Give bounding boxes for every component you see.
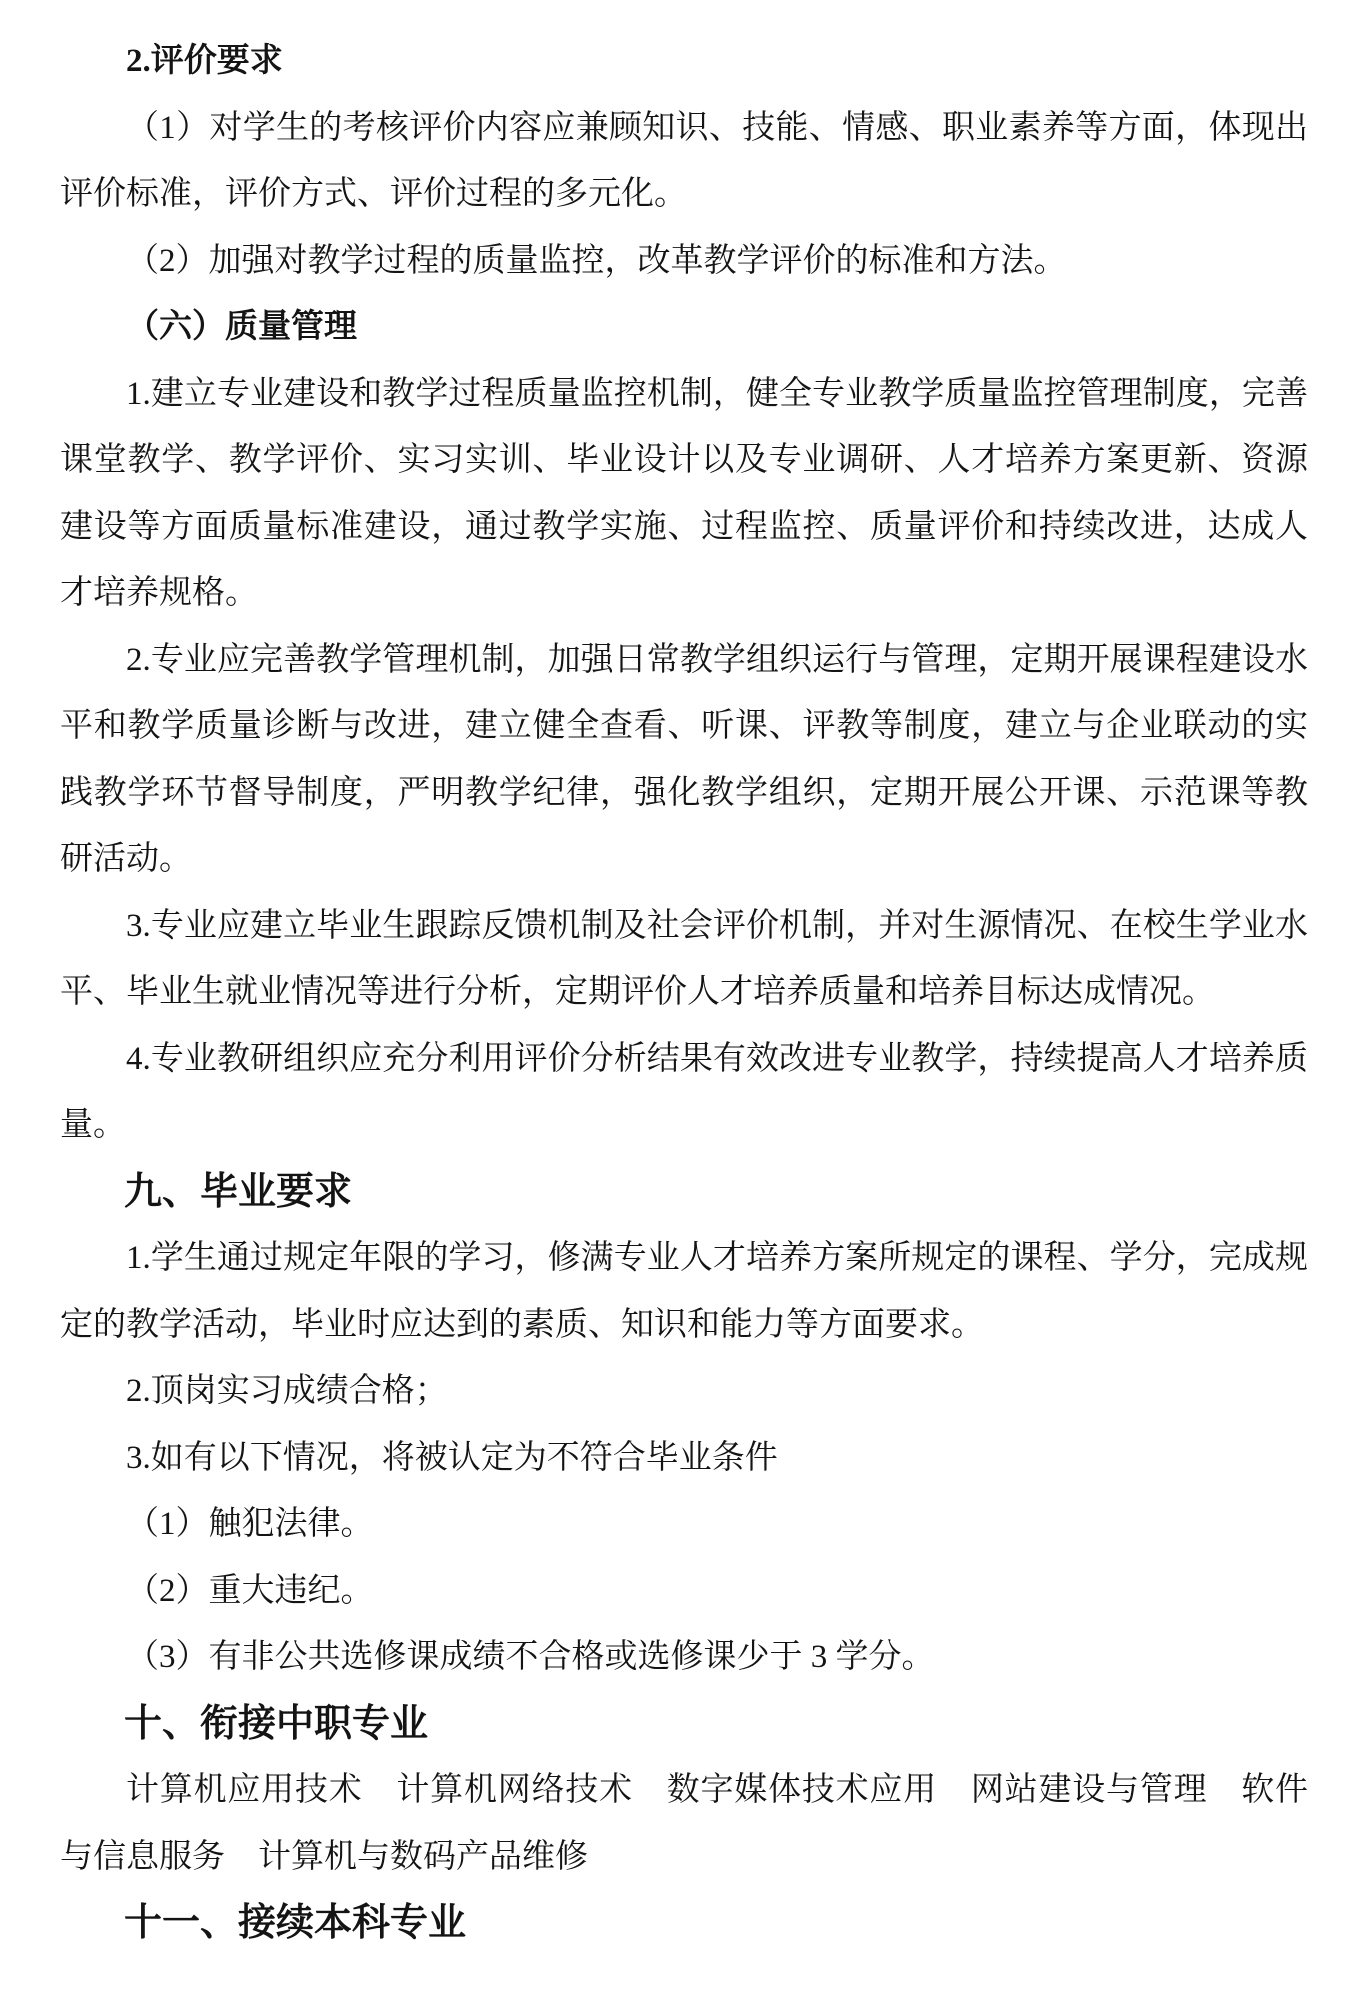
- paragraph-quality-item-2: 2.专业应完善教学管理机制，加强日常教学组织运行与管理，定期开展课程建设水平和教…: [60, 627, 1308, 893]
- chapter-heading-linked-secondary-majors: 十、衔接中职专业: [60, 1691, 1308, 1758]
- paragraph-evaluation-item-1: （1）对学生的考核评价内容应兼顾知识、技能、情感、职业素养等方面，体现出评价标准…: [60, 95, 1308, 228]
- paragraph-disqualify-item-1: （1）触犯法律。: [60, 1491, 1308, 1558]
- paragraph-quality-item-3: 3.专业应建立毕业生跟踪反馈机制及社会评价机制，并对生源情况、在校生学业水平、毕…: [60, 893, 1308, 1026]
- subheading-quality-management: （六）质量管理: [60, 294, 1308, 361]
- paragraph-disqualify-item-2: （2）重大违纪。: [60, 1558, 1308, 1625]
- paragraph-quality-item-1: 1.建立专业建设和教学过程质量监控机制，健全专业教学质量监控管理制度，完善课堂教…: [60, 361, 1308, 627]
- paragraph-disqualify-item-3: （3）有非公共选修课成绩不合格或选修课少于 3 学分。: [60, 1624, 1308, 1691]
- paragraph-secondary-majors-list: 计算机应用技术 计算机网络技术 数字媒体技术应用 网站建设与管理 软件与信息服务…: [60, 1757, 1308, 1890]
- paragraph-evaluation-item-2: （2）加强对教学过程的质量监控，改革教学评价的标准和方法。: [60, 228, 1308, 295]
- chapter-heading-graduation-requirements: 九、毕业要求: [60, 1159, 1308, 1226]
- paragraph-graduation-item-3: 3.如有以下情况，将被认定为不符合毕业条件: [60, 1425, 1308, 1492]
- paragraph-graduation-item-1: 1.学生通过规定年限的学习，修满专业人才培养方案所规定的课程、学分，完成规定的教…: [60, 1225, 1308, 1358]
- paragraph-graduation-item-2: 2.顶岗实习成绩合格；: [60, 1358, 1308, 1425]
- document-page: 2.评价要求 （1）对学生的考核评价内容应兼顾知识、技能、情感、职业素养等方面，…: [0, 0, 1366, 1996]
- paragraph-quality-item-4: 4.专业教研组织应充分利用评价分析结果有效改进专业教学，持续提高人才培养质量。: [60, 1026, 1308, 1159]
- chapter-heading-continuing-undergraduate-majors: 十一、接续本科专业: [60, 1890, 1308, 1957]
- subheading-evaluation-requirements: 2.评价要求: [60, 28, 1308, 95]
